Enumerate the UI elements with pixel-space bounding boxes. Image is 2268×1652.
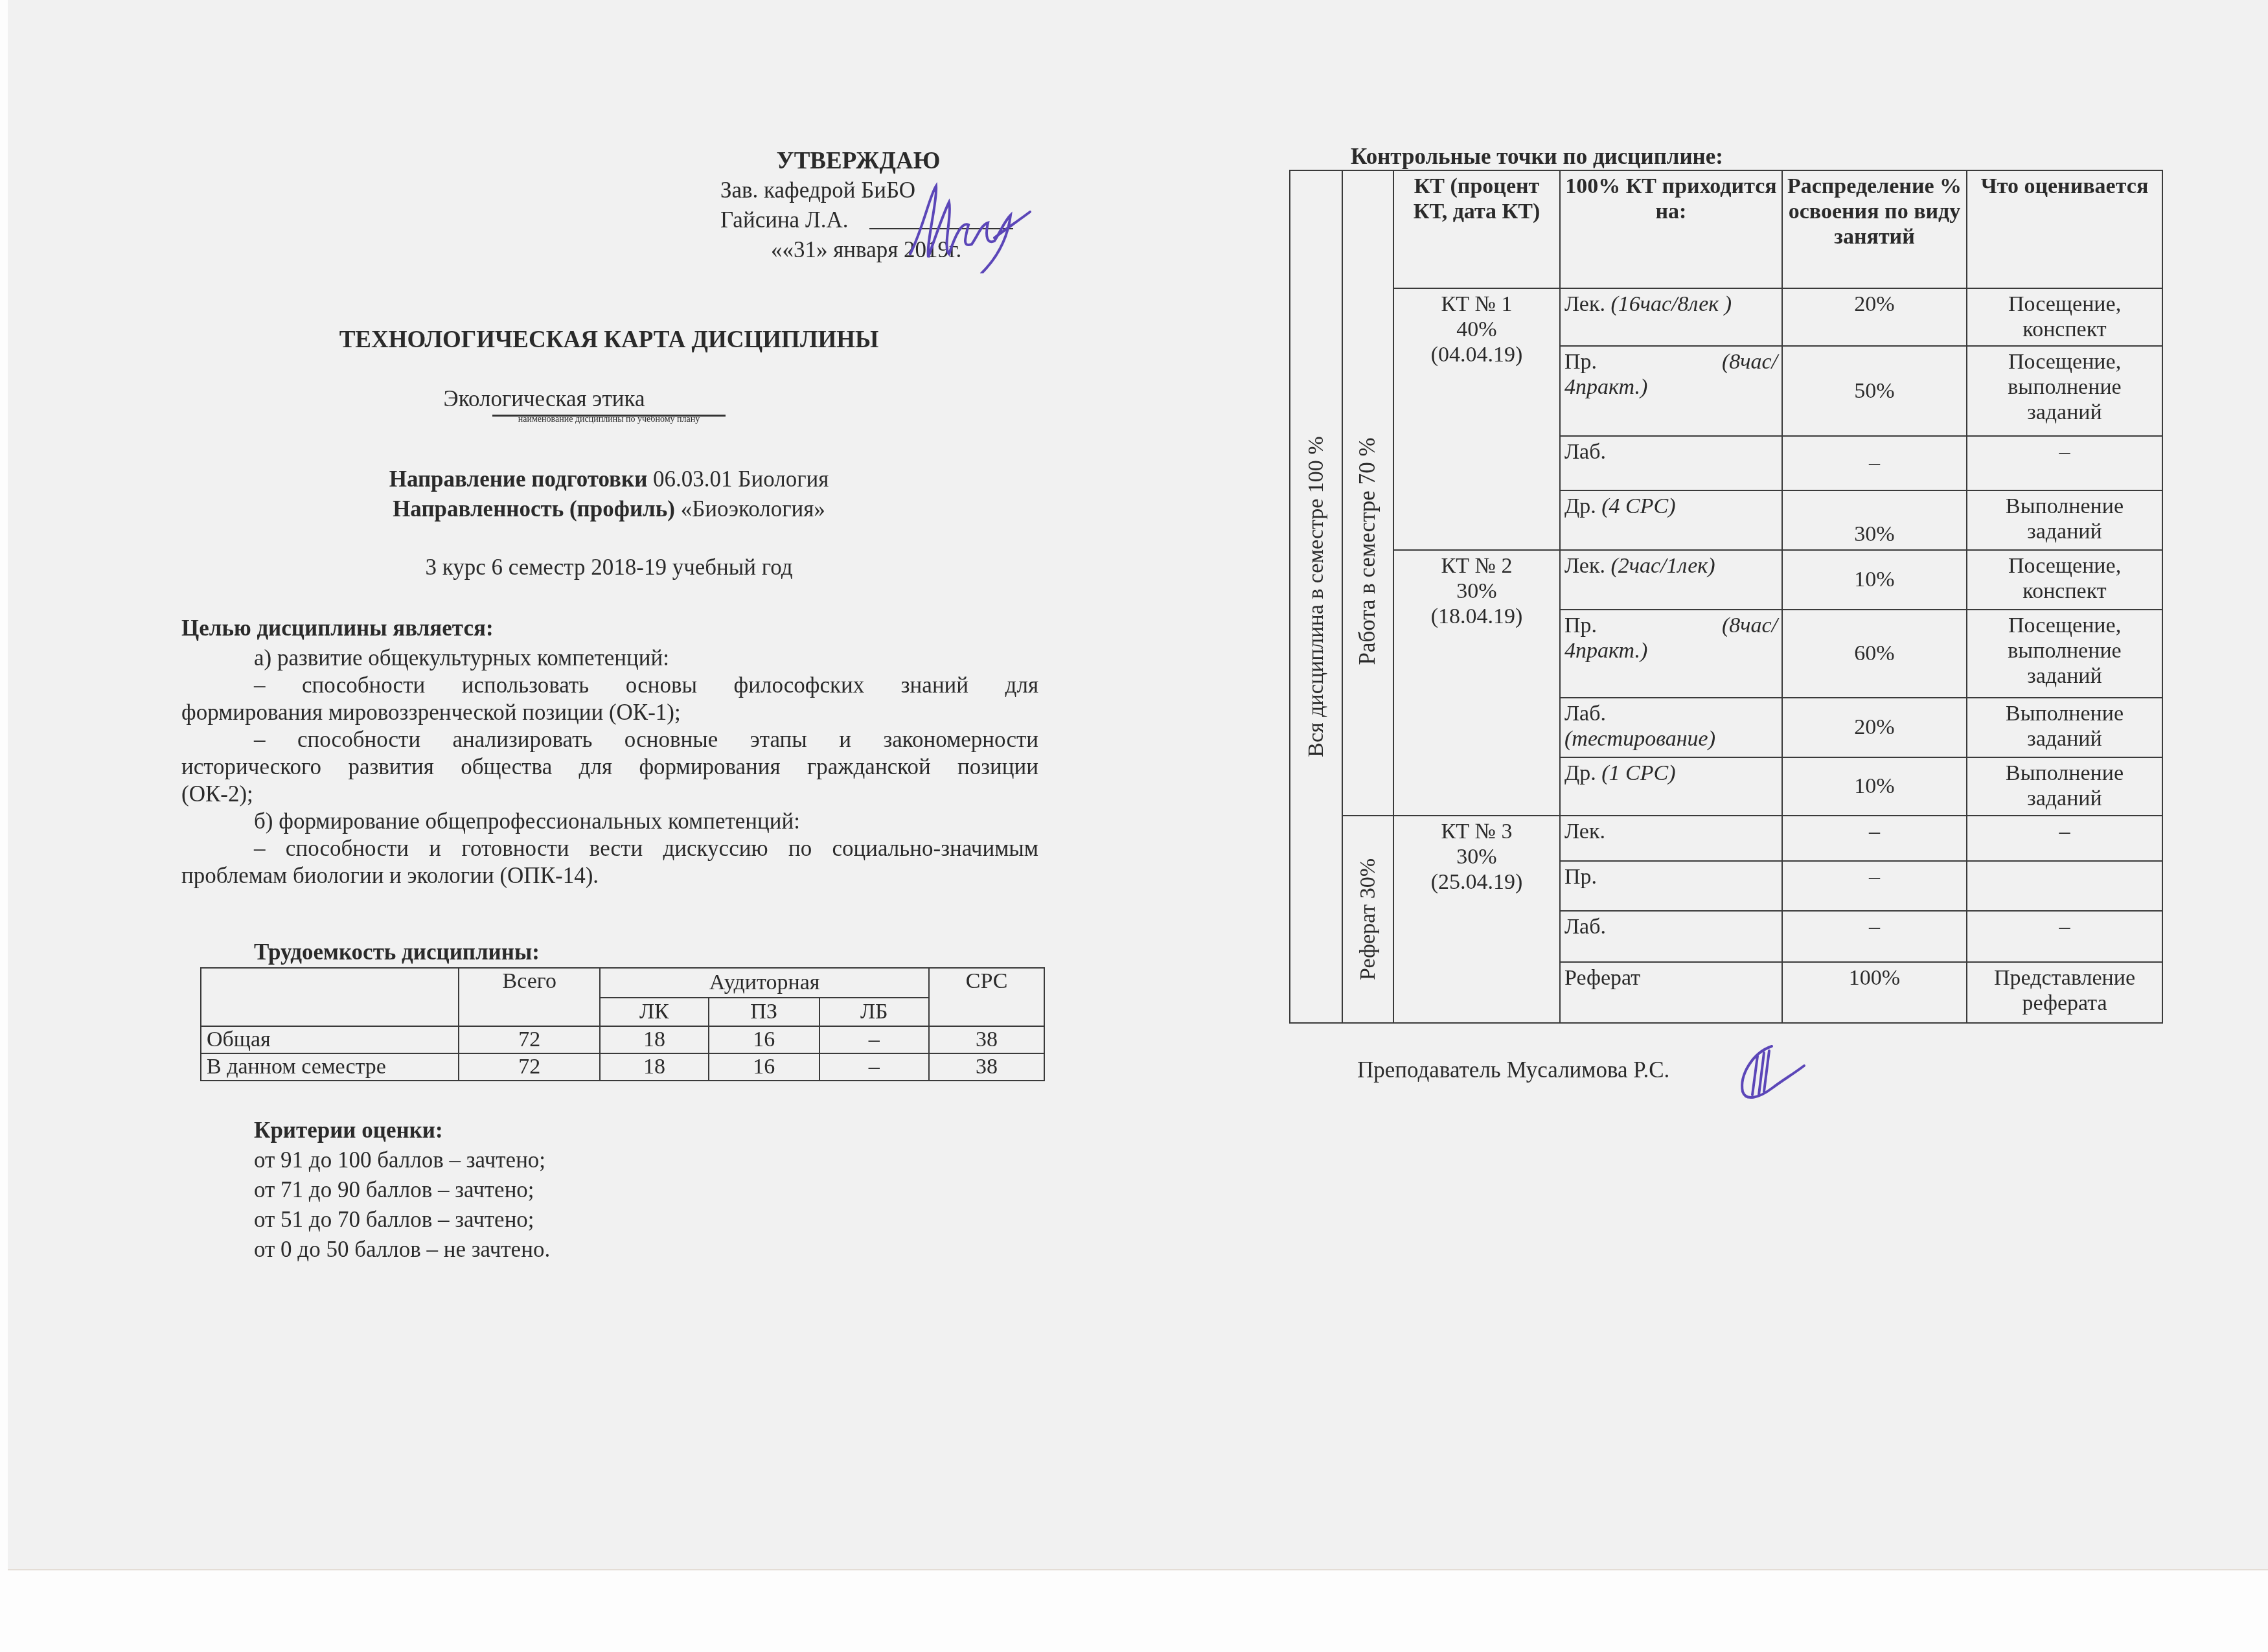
row-detail: (16час/8лек ) [1605,292,1732,316]
goals-title: Целью дисциплины является: [181,615,494,641]
ct-row-type: Реферат [1560,962,1782,1023]
labor-srs: 38 [929,1053,1044,1081]
kt2-date: (18.04.19) [1398,604,1555,629]
ct-row-pct: 50% [1782,346,1967,436]
row-detail: (тестирование) [1564,727,1715,751]
kt1-cell: КТ № 140%(04.04.19) [1393,288,1560,550]
profile-label: Направленность (профиль) [393,496,675,522]
ct-row-pct: – [1782,436,1967,490]
goal-line: – способности использовать основы филосо… [181,672,1038,698]
ct-row-pct: – [1782,816,1967,861]
signature-head-icon [897,176,1033,273]
ct-row-pct: 100% [1782,962,1967,1023]
labor-row-label: В данном семестре [201,1053,459,1081]
ct-row-type: Лаб. [1560,911,1782,962]
kt2-name: КТ № 2 [1398,553,1555,579]
labor-row: Общая 72 18 16 – 38 [201,1026,1044,1053]
kt2-cell: КТ № 230%(18.04.19) [1393,550,1560,816]
approval-name: Гайсина Л.А. [720,207,848,233]
ct-row-pct: 10% [1782,550,1967,610]
labor-header-lk: ЛК [600,998,709,1026]
direction-line: Направление подготовки 06.03.01 Биология [259,466,959,492]
criteria-item: от 51 до 70 баллов – зачтено; [254,1207,534,1233]
criteria-title: Критерии оценки: [254,1118,443,1143]
profile-value: «Биоэкология» [675,496,825,522]
ct-row-pct: 30% [1782,490,1967,550]
row-detail: (8час/ [1722,613,1778,638]
header-kt: КТ (процент КТ, дата КТ) [1393,170,1560,288]
goal-line: (ОК-2); [181,781,1038,807]
ct-row-type: Лаб. [1560,436,1782,490]
labor-total: 72 [459,1026,600,1053]
labor-pz: 16 [709,1053,819,1081]
group-sem-overlay: Работа в семестре 70 % [1342,288,1393,815]
labor-corner-cell [201,968,459,1026]
ct-row-type: Лек. (2час/1лек) [1560,550,1782,610]
ct-row-what: – [1967,816,2162,861]
kt3-pct: 30% [1398,844,1555,869]
row-detail: 4практ.) [1564,375,1647,399]
ct-row-type: Пр. [1560,861,1782,911]
labor-lb: – [819,1026,930,1053]
labor-title: Трудоемкость дисциплины: [254,939,540,965]
discipline-name: Экологическая этика [363,386,726,412]
labor-total: 72 [459,1053,600,1081]
goal-line: а) развитие общекультурных компетенций: [181,645,1038,671]
group-ref-label: Реферат 30% [1355,858,1380,980]
labor-lk: 18 [600,1026,709,1053]
row-detail: (1 СРС) [1596,761,1676,785]
goal-line: б) формирование общепрофессиональных ком… [181,809,1111,834]
ct-row-pct: 20% [1782,698,1967,757]
group-all-label: Вся дисциплина в семестре 100 % [1303,436,1329,757]
group-sem-label: Работа в семестре 70 % [1354,437,1380,665]
ct-row-pct: – [1782,861,1967,911]
kt1-pct: 40% [1398,317,1555,342]
kt1-name: КТ № 1 [1398,292,1555,317]
kt1-date: (04.04.19) [1398,342,1555,367]
row-type: Пр. [1564,349,1597,374]
labor-lk: 18 [600,1053,709,1081]
ct-row-what: Выполнение заданий [1967,698,2162,757]
labor-lb: – [819,1053,930,1081]
document-title: ТЕХНОЛОГИЧЕСКАЯ КАРТА ДИСЦИПЛИНЫ [259,327,959,354]
ct-row-type: Пр.(8час/4практ.) [1560,610,1782,698]
goal-line: – способности анализировать основные эта… [181,727,1038,753]
ct-row-what: Выполнение заданий [1967,757,2162,816]
control-title: Контрольные точки по дисциплине: [1351,144,1723,170]
goal-line: формирования мировоззренческой позиции (… [181,700,1038,726]
labor-header-pz: ПЗ [709,998,819,1026]
labor-row: В данном семестре 72 18 16 – 38 [201,1053,1044,1081]
ct-row-type: Пр.(8час/4практ.) [1560,346,1782,436]
labor-srs: 38 [929,1026,1044,1053]
teacher-line: Преподаватель Мусалимова Р.С. [1357,1057,1669,1083]
group-all-cell: Вся дисциплина в семестре 100 % [1290,170,1342,1023]
approval-title: УТВЕРЖДАЮ [761,148,956,176]
labor-header-aud: Аудиторная [600,968,929,998]
ct-row-pct: 60% [1782,610,1967,698]
group-ref-cell: Реферат 30% [1342,816,1393,1023]
ct-row-what: Посещение, выполнение заданий [1967,346,2162,436]
ct-row-type: Др. (1 СРС) [1560,757,1782,816]
ct-row-what: Представление реферата [1967,962,2162,1023]
row-type: Лаб. [1564,702,1606,726]
labor-row-label: Общая [201,1026,459,1053]
kt3-name: КТ № 3 [1398,819,1555,844]
ct-row-pct: 20% [1782,288,1967,346]
ct-row-what [1967,861,2162,911]
profile-line: Направленность (профиль) «Биоэкология» [259,496,959,522]
row-type: Др. [1564,494,1596,518]
direction-label: Направление подготовки [389,466,648,492]
row-detail: (2час/1лек) [1605,554,1715,578]
labor-header-lb: ЛБ [819,998,930,1026]
kt3-date: (25.04.19) [1398,869,1555,895]
row-type: Пр. [1564,613,1597,638]
goal-line: – способности и готовности вести дискусс… [181,836,1038,862]
labor-pz: 16 [709,1026,819,1053]
signature-teacher-icon [1726,1037,1811,1108]
goal-line: исторического развития общества для форм… [181,754,1038,780]
header-per: 100% КТ приходится на: [1560,170,1782,288]
criteria-item: от 0 до 50 баллов – не зачтено. [254,1237,550,1263]
ct-row-what: – [1967,911,2162,962]
ct-row-what: – [1967,436,2162,490]
ct-row-what: Выполнение заданий [1967,490,2162,550]
row-detail: (8час/ [1722,349,1778,374]
ct-row-type: Лаб. (тестирование) [1560,698,1782,757]
kt2-pct: 30% [1398,579,1555,604]
kt3-cell: КТ № 330%(25.04.19) [1393,816,1560,1023]
ct-row-what: Посещение, конспект [1967,288,2162,346]
labor-table: Всего Аудиторная СРС ЛК ПЗ ЛБ Общая 72 1… [200,967,1045,1081]
header-dist: Распределение % освоения по виду занятий [1782,170,1967,288]
row-type: Др. [1564,761,1596,785]
row-type: Лек. [1564,554,1605,578]
labor-header-total: Всего [459,968,600,1026]
ct-row-what: Посещение, выполнение заданий [1967,610,2162,698]
row-type: Лек. [1564,292,1605,316]
goal-line: проблемам биологии и экологии (ОПК-14). [181,863,1038,889]
ct-row-what: Посещение, конспект [1967,550,2162,610]
direction-value: 06.03.01 Биология [647,466,829,492]
approval-dept: Зав. кафедрой БиБО [720,178,915,203]
row-detail: (4 СРС) [1596,494,1676,518]
ct-row-type: Лек. (16час/8лек ) [1560,288,1782,346]
course-line: 3 курс 6 семестр 2018-19 учебный год [259,555,959,580]
ct-row-type: Др. (4 СРС) [1560,490,1782,550]
ct-row-pct: 10% [1782,757,1967,816]
criteria-item: от 91 до 100 баллов – зачтено; [254,1147,545,1173]
criteria-item: от 71 до 90 баллов – зачтено; [254,1177,534,1203]
ct-row-pct: – [1782,911,1967,962]
labor-header-srs: СРС [929,968,1044,1026]
control-table: Вся дисциплина в семестре 100 % КТ (проц… [1289,170,2163,1024]
discipline-caption: наименование дисциплины по учебному план… [479,415,739,425]
ct-row-type: Лек. [1560,816,1782,861]
row-detail: 4практ.) [1564,639,1647,663]
header-what: Что оценивается [1967,170,2162,288]
